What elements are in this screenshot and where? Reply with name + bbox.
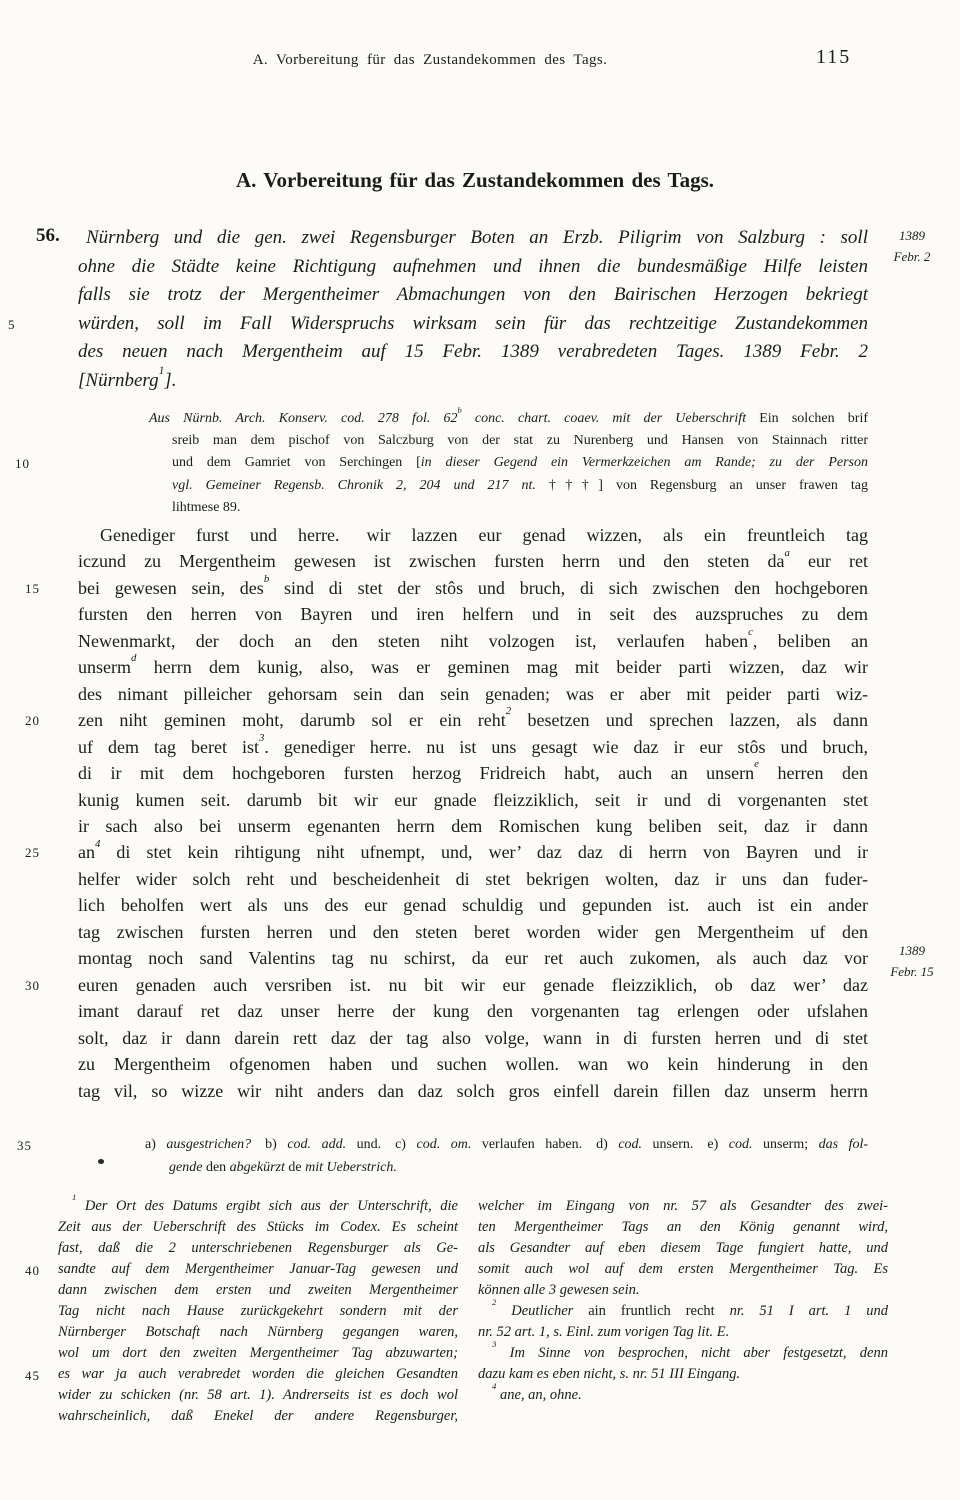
text-line: Genediger furst und herre. wir lazzen eu… (78, 522, 868, 548)
text-line: können alle 3 gewesen sein. (478, 1280, 888, 1301)
margin-date-febr-15: 1389 Febr. 15 (866, 940, 958, 982)
text-line: Aus Nürnb. Arch. Konserv. cod. 278 fol. … (172, 408, 868, 430)
text-line: wider zu schicken (nr. 58 art. 1). Andre… (58, 1385, 458, 1406)
text-line: imant darauf ret daz unser herre der kun… (78, 998, 868, 1024)
footnote-1-continuation: welcher im Eingang von nr. 57 als Gesand… (478, 1196, 888, 1301)
text-line: di ir mit dem hochgeboren fursten herzog… (78, 760, 868, 786)
text-line: gende den abgekürzt de mit Ueberstrich. (169, 1156, 868, 1179)
footnote-3: 3 Im Sinne von besprochen, nicht aber fe… (478, 1343, 888, 1385)
text-line: wol um dort den zweiten Mergentheimer Ta… (58, 1343, 458, 1364)
document-page: A. Vorbereitung für das Zustandekommen d… (0, 0, 960, 1500)
text-line: 3 Im Sinne von besprochen, nicht aber fe… (478, 1343, 888, 1364)
margin-date-year: 1389 (866, 225, 958, 246)
text-line: sreib man dem pischof von Salczburg von … (172, 430, 868, 452)
text-line: ir sach also bei unserm egenanten herrn … (78, 813, 868, 839)
text-line: und dem Gamriet von Serchingen [in diese… (172, 452, 868, 474)
text-line: solt, daz ir dann darein rett daz der ta… (78, 1025, 868, 1051)
text-line: sandte auf dem Mergentheimer Januar-Tag … (58, 1259, 458, 1280)
text-line: iczund zu Mergentheim gewesen ist zwisch… (78, 548, 868, 574)
text-line: tag vil, so wizze wir niht anders dan da… (78, 1078, 868, 1104)
text-line: ohne die Städte keine Richtigung aufnehm… (78, 253, 868, 282)
text-line: des neuen nach Mergentheim auf 15 Febr. … (78, 338, 868, 367)
text-line: kunig kumen seit. darumb bit wir eur gna… (78, 787, 868, 813)
text-line: somit auch wol auf dem ersten Mergenthei… (478, 1259, 888, 1280)
footnote-column-left: 1 Der Ort des Datums ergibt sich aus der… (58, 1196, 458, 1427)
text-line: dann zwischen dem ersten und zweiten Mer… (58, 1280, 458, 1301)
entry-number: 56. (36, 225, 60, 247)
text-line: an4 di stet kein rihtigung niht ufnempt,… (78, 839, 868, 865)
text-line: es war ja auch verabredet worden die gle… (58, 1364, 458, 1385)
section-title: A. Vorbereitung für das Zustandekommen d… (80, 168, 870, 193)
margin-date-day: Febr. 2 (866, 246, 958, 267)
text-line: würden, soll im Fall Widerspruchs wirksa… (78, 310, 868, 339)
text-line: zen niht geminen moht, darumb sol er ein… (78, 707, 868, 733)
text-line: als Gesandter auf eben diesem Tage fungi… (478, 1238, 888, 1259)
margin-line-number: 15 (25, 576, 55, 602)
entry-summary: Nürnberg und die gen. zwei Regensburger … (78, 224, 868, 396)
margin-date-year: 1389 (866, 940, 958, 961)
footnote-2: 2 Deutlicher ain fruntlich recht nr. 51 … (478, 1301, 888, 1343)
text-line: ten Mergentheimer Tags an den König gena… (478, 1217, 888, 1238)
margin-line-number: 5 (8, 311, 38, 340)
text-line: Zeit aus der Ueberschrift des Stücks im … (58, 1217, 458, 1238)
text-line: 2 Deutlicher ain fruntlich recht nr. 51 … (478, 1301, 888, 1322)
text-line: des nimant pilleicher gehorsam sein dan … (78, 681, 868, 707)
text-line: Newenmarkt, der doch an den steten niht … (78, 628, 868, 654)
text-line: falls sie trotz der Mergentheimer Abmach… (78, 281, 868, 310)
text-line: bei gewesen sein, desb sind di stet der … (78, 575, 868, 601)
text-line: 1 Der Ort des Datums ergibt sich aus der… (58, 1196, 458, 1217)
text-line: helfer wider solch reht und bescheidenhe… (78, 866, 868, 892)
source-note: Aus Nürnb. Arch. Konserv. cod. 278 fol. … (172, 408, 868, 519)
margin-date-febr-2: 1389 Febr. 2 (866, 225, 958, 267)
margin-line-number: 20 (25, 708, 55, 734)
text-line: Tag nicht nach Hause zurückgekehrt sonde… (58, 1301, 458, 1322)
text-line: tag zwischen fursten herren und den stet… (78, 919, 868, 945)
text-line: wahrscheinlich, daß Enekel der andere Re… (58, 1406, 458, 1427)
margin-date-day: Febr. 15 (866, 961, 958, 982)
footnote-column-right: welcher im Eingang von nr. 57 als Gesand… (478, 1196, 888, 1406)
text-line: unsermd herrn dem kunig, also, was er ge… (78, 654, 868, 680)
text-line: 4 ane, an, ohne. (478, 1385, 888, 1406)
text-line: euren genaden auch versriben ist. nu bit… (78, 972, 868, 998)
text-line: welcher im Eingang von nr. 57 als Gesand… (478, 1196, 888, 1217)
page-number: 115 (816, 46, 851, 69)
text-line: dazu kam es eben nicht, s. nr. 51 III Ei… (478, 1364, 888, 1385)
critical-apparatus: a) ausgestrichen? b) cod. add. und. c) c… (145, 1133, 868, 1179)
text-line: lich beholfen wert als uns des eur genad… (78, 892, 868, 918)
margin-line-number: 10 (15, 453, 45, 475)
margin-line-number: 40 (25, 1260, 55, 1281)
text-line: vgl. Gemeiner Regensb. Chronik 2, 204 un… (172, 475, 868, 497)
ink-speck (97, 1158, 104, 1165)
text-line: a) ausgestrichen? b) cod. add. und. c) c… (145, 1133, 868, 1156)
text-line: [Nürnberg1]. (78, 367, 868, 396)
text-line: fursten den herren von Bayren und iren h… (78, 601, 868, 627)
margin-line-number: 45 (25, 1365, 55, 1386)
text-line: zu Mergentheim ofgenomen haben und suche… (78, 1051, 868, 1077)
margin-line-number: 25 (25, 840, 55, 866)
footnote-4: 4 ane, an, ohne. (478, 1385, 888, 1406)
text-line: lihtmese 89. (172, 497, 868, 519)
text-line: montag noch sand Valentins tag nu schirs… (78, 945, 868, 971)
running-header-title: A. Vorbereitung für das Zustandekommen d… (80, 52, 780, 69)
text-line: nr. 52 art. 1, s. Einl. zum vorigen Tag … (478, 1322, 888, 1343)
text-line: Nürnberg und die gen. zwei Regensburger … (78, 224, 868, 253)
margin-line-number: 35 (17, 1134, 47, 1157)
text-line: fast, daß die 2 unterschriebenen Regensb… (58, 1238, 458, 1259)
text-line: uf dem tag beret ist3. genediger herre. … (78, 734, 868, 760)
text-line: Nürnberger Botschaft nach Nürnberg gegan… (58, 1322, 458, 1343)
margin-line-number: 30 (25, 973, 55, 999)
body-text: Genediger furst und herre. wir lazzen eu… (78, 522, 868, 1104)
